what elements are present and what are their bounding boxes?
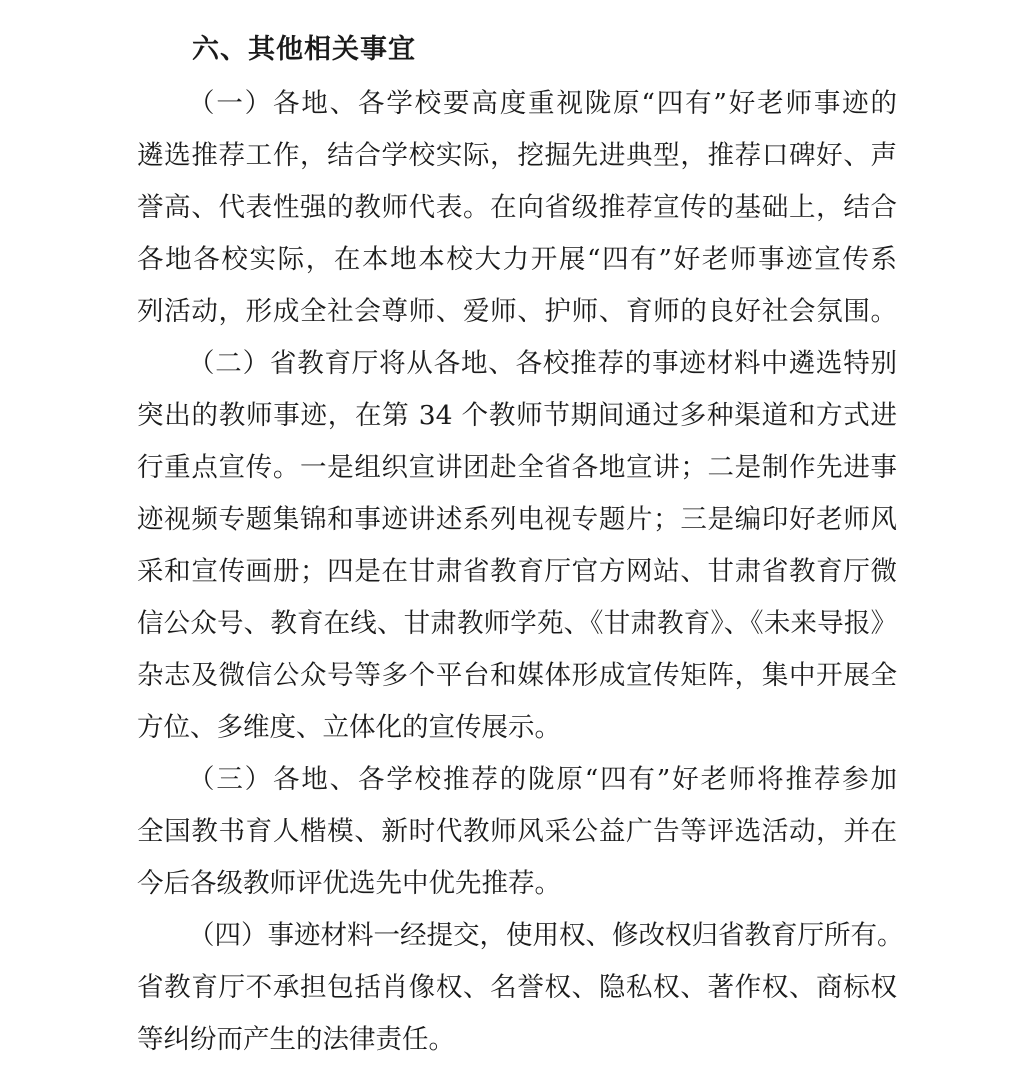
paragraph-line: 各地各校实际，在本地本校大力开展“四有”好老师事迹宣传系: [137, 240, 897, 280]
paragraph-line: 迹视频专题集锦和事迹讲述系列电视专题片；三是编印好老师风: [137, 500, 897, 540]
paragraph-line: 列活动，形成全社会尊师、爱师、护师、育师的良好社会氛围。: [137, 292, 897, 332]
paragraph-line: 遴选推荐工作，结合学校实际，挖掘先进典型，推荐口碑好、声: [137, 136, 897, 176]
paragraph-line: 等纠纷而产生的法律责任。: [137, 1020, 455, 1060]
paragraph-line: 信公众号、教育在线、甘肃教师学苑、《甘肃教育》、《未来导报》: [137, 604, 897, 644]
paragraph-line: （二）省教育厅将从各地、各校推荐的事迹材料中遴选特别: [188, 344, 897, 384]
paragraph-line: （一）各地、各学校要高度重视陇原“四有”好老师事迹的: [188, 84, 897, 124]
paragraph-line: 省教育厅不承担包括肖像权、名誉权、隐私权、著作权、商标权: [137, 968, 897, 1008]
section-heading: 六、其他相关事宜: [192, 30, 416, 70]
paragraph-line: 今后各级教师评优选先中优先推荐。: [137, 864, 561, 904]
paragraph-line: 采和宣传画册；四是在甘肃省教育厅官方网站、甘肃省教育厅微: [137, 552, 897, 592]
document-page: 六、其他相关事宜 （一）各地、各学校要高度重视陇原“四有”好老师事迹的 遴选推荐…: [0, 0, 1024, 1081]
paragraph-line: 突出的教师事迹，在第 34 个教师节期间通过多种渠道和方式进: [137, 396, 897, 436]
paragraph-line: 全国教书育人楷模、新时代教师风采公益广告等评选活动，并在: [137, 812, 897, 852]
paragraph-line: （三）各地、各学校推荐的陇原“四有”好老师将推荐参加: [188, 760, 897, 800]
paragraph-line: 誉高、代表性强的教师代表。在向省级推荐宣传的基础上，结合: [137, 188, 897, 228]
paragraph-line: （四）事迹材料一经提交，使用权、修改权归省教育厅所有。: [188, 916, 897, 956]
paragraph-line: 方位、多维度、立体化的宣传展示。: [137, 708, 561, 748]
paragraph-line: 杂志及微信公众号等多个平台和媒体形成宣传矩阵，集中开展全: [137, 656, 897, 696]
paragraph-line: 行重点宣传。一是组织宣讲团赴全省各地宣讲；二是制作先进事: [137, 448, 897, 488]
